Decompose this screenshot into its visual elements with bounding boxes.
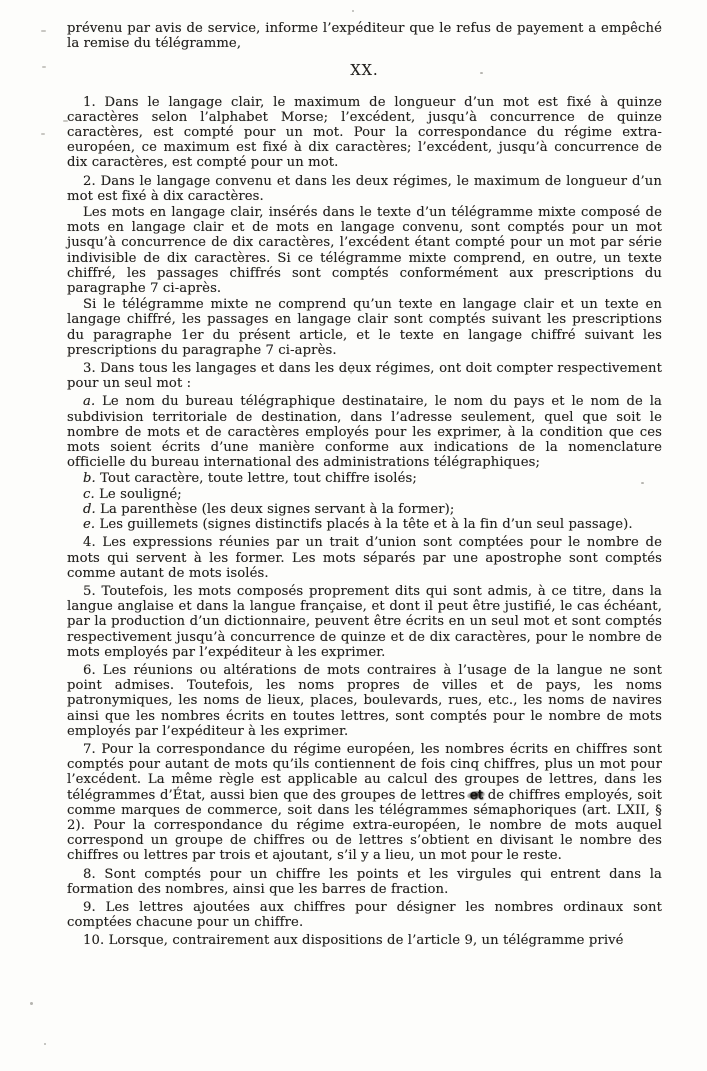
item-letter-d: d. [83, 502, 96, 517]
paragraph-7: 7. Pour la correspondance du régime euro… [67, 742, 662, 864]
item-letter-b: b. [83, 471, 96, 486]
item-text-b: Tout caractère, toute lettre, tout chiff… [100, 471, 417, 486]
scan-speck [44, 1043, 46, 1045]
document-page: prévenu par avis de service, informe l’e… [0, 0, 707, 1071]
item-letter-a: a. [83, 394, 95, 409]
paragraph-2-clause-cipher: Si le télégramme mixte ne comprend qu’un… [67, 297, 662, 358]
item-text-c: Le souligné; [99, 487, 182, 502]
list-item-b: b. Tout caractère, toute lettre, tout ch… [67, 471, 662, 486]
item-text-e: Les guillemets (signes distinctifs placé… [100, 517, 633, 532]
paragraph-10: 10. Lorsque, contrairement aux dispositi… [67, 933, 662, 948]
intro-paragraph: prévenu par avis de service, informe l’e… [67, 21, 662, 51]
paragraph-3: 3. Dans tous les langages et dans les de… [67, 361, 662, 391]
item-letter-e: e. [83, 517, 95, 532]
paragraph-2: 2. Dans le langage convenu et dans les d… [67, 174, 662, 204]
item-letter-c: c. [83, 487, 95, 502]
item-text-a: Le nom du bureau télégraphique destinata… [67, 394, 662, 470]
paragraph-8: 8. Sont comptés pour un chiffre les poin… [67, 867, 662, 897]
scan-artifact [41, 133, 45, 135]
paragraph-5: 5. Toutefois, les mots composés propreme… [67, 584, 662, 660]
list-item-a: a. Le nom du bureau télégraphique destin… [67, 394, 662, 470]
paragraph-6: 6. Les réunions ou altérations de mots c… [67, 663, 662, 739]
list-item-d: d. La parenthèse (les deux signes servan… [67, 502, 662, 517]
scan-artifact [41, 30, 46, 32]
scan-speck [30, 1002, 33, 1005]
paragraph-1: 1. Dans le langage clair, le maximum de … [67, 95, 662, 171]
list-item-e: e. Les guillemets (signes distinctifs pl… [67, 517, 662, 532]
scan-artifact [42, 66, 46, 68]
paragraph-2-clause-mixed: Les mots en langage clair, insérés dans … [67, 205, 662, 296]
section-heading: XX. [67, 64, 662, 79]
page-text-block: prévenu par avis de service, informe l’e… [67, 21, 662, 949]
scan-speck [352, 10, 354, 12]
paragraph-4: 4. Les expressions réunies par un trait … [67, 535, 662, 581]
ink-blot-word: et [470, 788, 483, 803]
paragraph-9: 9. Les lettres ajoutées aux chiffres pou… [67, 900, 662, 930]
list-item-c: c. Le souligné; [67, 487, 662, 502]
item-text-d: La parenthèse (les deux signes servant à… [100, 502, 454, 517]
